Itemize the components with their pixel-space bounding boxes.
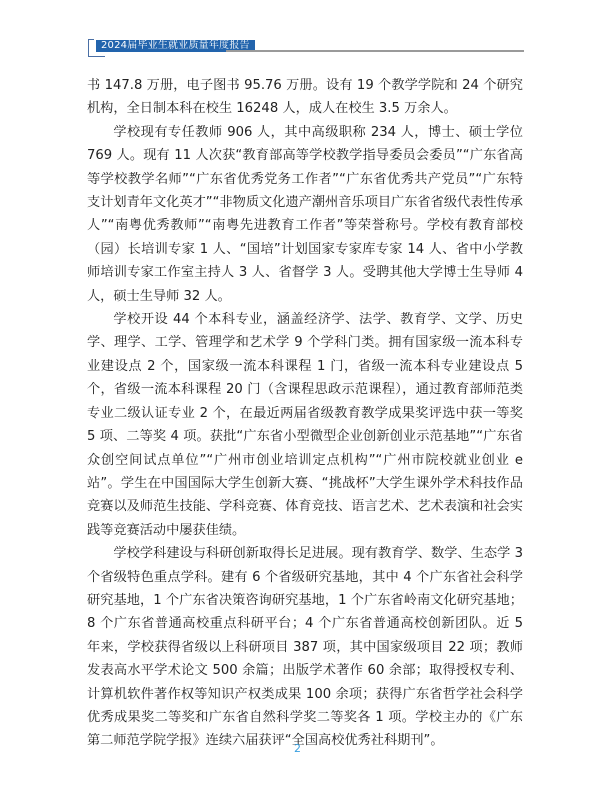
- header-rule: [226, 50, 524, 52]
- header-bracket-decoration: [88, 39, 89, 57]
- header-bracket-decoration: [88, 56, 105, 57]
- document-body: 书 147.8 万册，电子图书 95.76 万册。设有 19 个教学学院和 24…: [87, 74, 523, 753]
- paragraph-majors: 学校开设 44 个本科专业，涵盖经济学、法学、教育学、文学、历史学、理学、工学、…: [87, 308, 523, 542]
- page-number: 2: [0, 742, 595, 755]
- paragraph-library-enrollment: 书 147.8 万册，电子图书 95.76 万册。设有 19 个教学学院和 24…: [87, 74, 523, 121]
- paragraph-faculty: 学校现有专任教师 906 人，其中高级职称 234 人，博士、硕士学位 769 …: [87, 121, 523, 308]
- paragraph-research: 学校学科建设与科研创新取得长足进展。现有教育学、数学、生态学 3 个省级特色重点…: [87, 542, 523, 753]
- report-header: 2024届毕业生就业质量年度报告: [88, 36, 524, 58]
